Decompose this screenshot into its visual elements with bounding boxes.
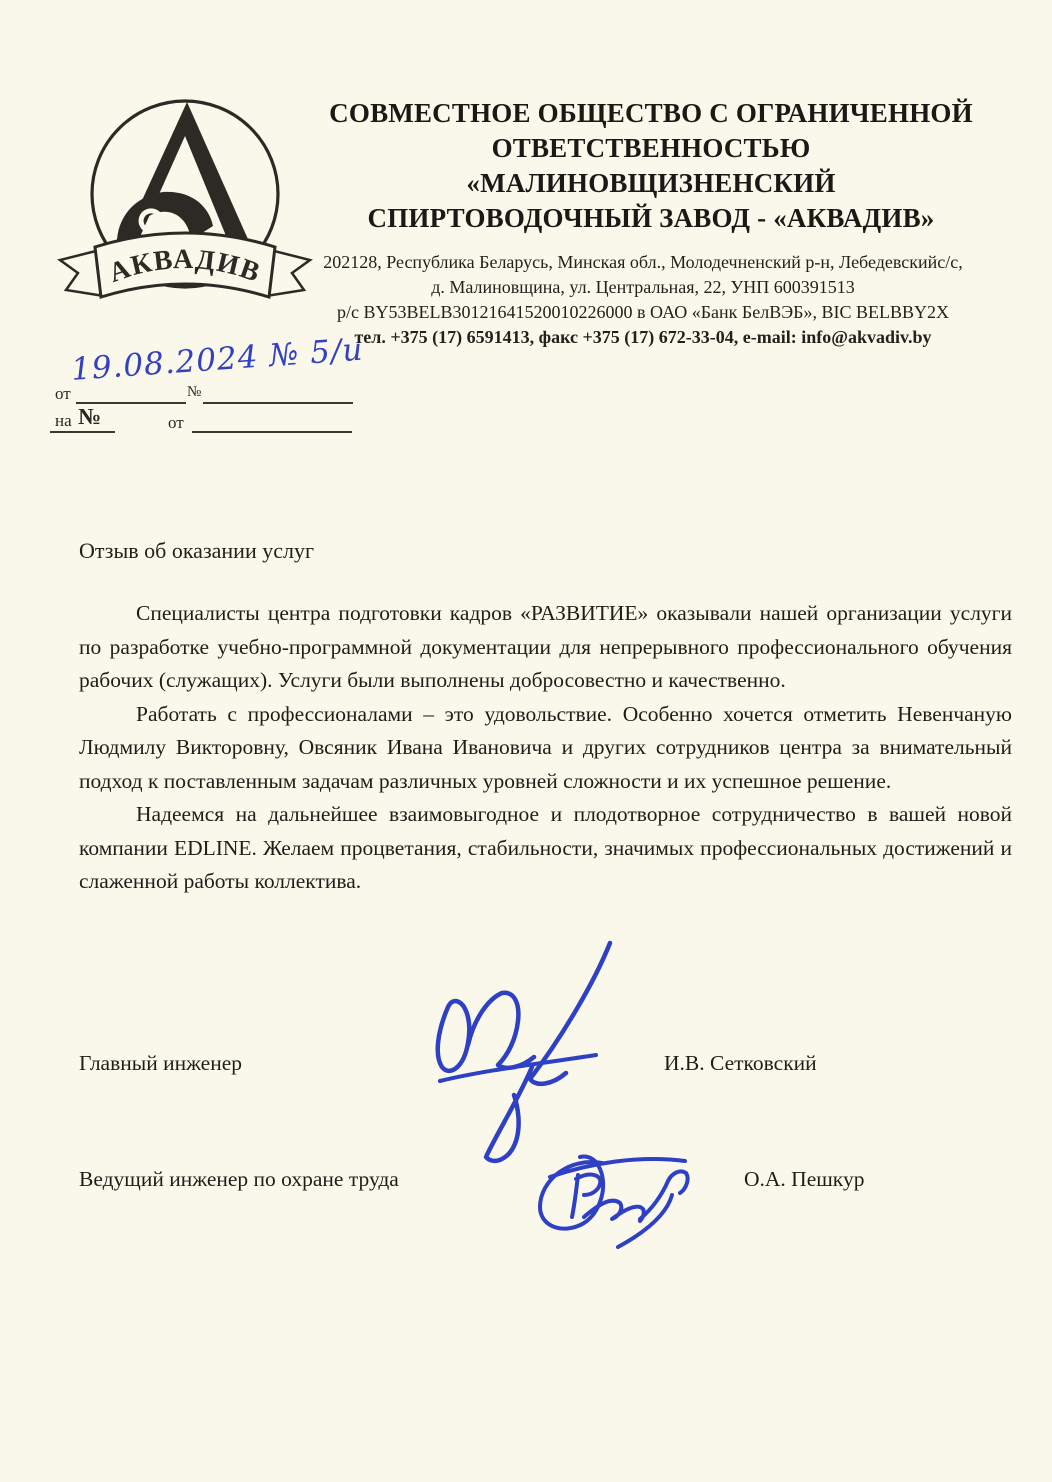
ref-no-big-label: № <box>78 404 101 430</box>
paragraph: Работать с профессионалами – это удоволь… <box>79 698 1012 799</box>
company-title-line: «МАЛИНОВЩИЗНЕНСКИЙ <box>300 166 1002 201</box>
signature-ink-setkovsky <box>410 935 640 1180</box>
ref-from-label-2: от <box>168 413 184 433</box>
letter-body: Специалисты центра подготовки кадров «РА… <box>79 597 1012 899</box>
company-address: 202128, Республика Беларусь, Минская обл… <box>270 250 1016 350</box>
handwritten-date-number: 19.08.2024 № 5/и <box>70 331 372 388</box>
company-title: СОВМЕСТНОЕ ОБЩЕСТВО С ОГРАНИЧЕННОЙ ОТВЕТ… <box>300 96 1002 236</box>
scanned-letter-page: АКВАДИВ СОВМЕСТНОЕ ОБЩЕСТВО С ОГРАНИЧЕНН… <box>0 0 1052 1482</box>
paragraph: Специалисты центра подготовки кадров «РА… <box>79 597 1012 698</box>
ref-no-small-label: № <box>187 384 201 401</box>
signer-position-2: Ведущий инженер по охране труда <box>79 1167 399 1192</box>
company-title-line: ОТВЕТСТВЕННОСТЬЮ <box>300 131 1002 166</box>
ref-number-underline <box>203 402 353 404</box>
signer-name-2: О.А. Пешкур <box>744 1167 864 1192</box>
address-line: р/с BY53BELB30121641520010226000 в ОАО «… <box>270 300 1016 325</box>
address-line: 202128, Республика Беларусь, Минская обл… <box>270 250 1016 275</box>
company-title-line: СОВМЕСТНОЕ ОБЩЕСТВО С ОГРАНИЧЕННОЙ <box>300 96 1002 131</box>
paragraph: Надеемся на дальнейшее взаимовыгодное и … <box>79 798 1012 899</box>
company-title-line: СПИРТОВОДОЧНЫЙ ЗАВОД - «АКВАДИВ» <box>300 201 1002 236</box>
ref-from-label: от <box>55 384 71 404</box>
signer-name-1: И.В. Сетковский <box>664 1051 817 1076</box>
subject-line: Отзыв об оказании услуг <box>79 538 314 564</box>
ref-on-no-underline <box>50 431 115 433</box>
signer-position-1: Главный инженер <box>79 1051 242 1076</box>
address-line-contacts: тел. +375 (17) 6591413, факс +375 (17) 6… <box>270 325 1016 350</box>
signature-ink-peshkur <box>520 1145 705 1260</box>
address-line: д. Малиновщина, ул. Центральная, 22, УНП… <box>270 275 1016 300</box>
ref-on-label: на <box>55 411 72 431</box>
ref-from-underline-2 <box>192 431 352 433</box>
